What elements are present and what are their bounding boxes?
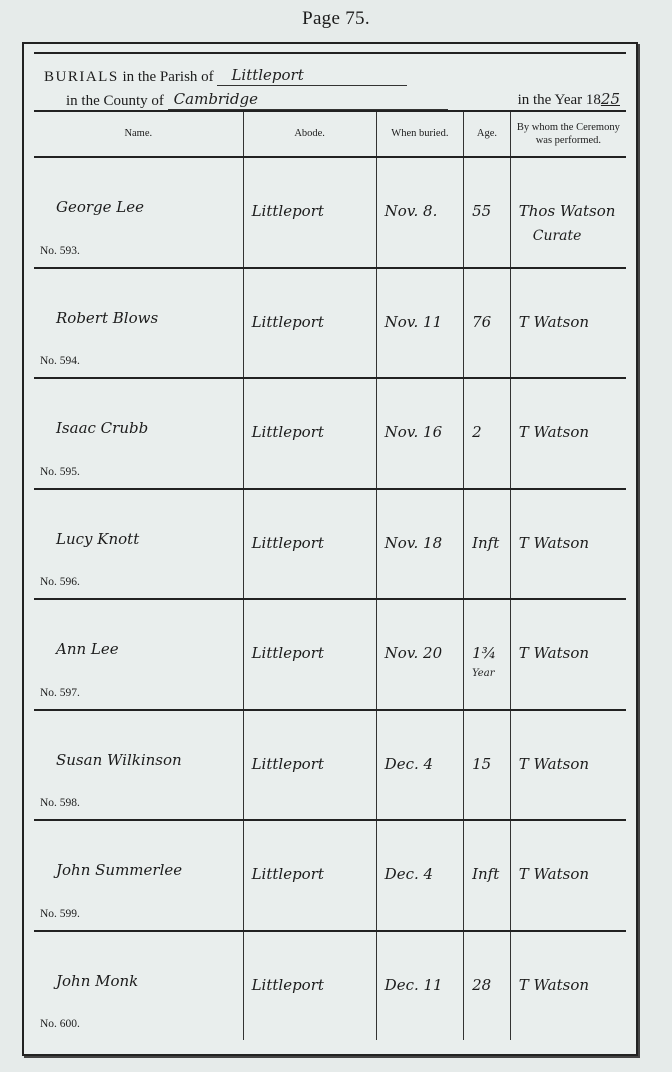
name-cell: John Summerlee No. 599. bbox=[34, 821, 244, 930]
age-cell: 15 bbox=[464, 711, 511, 820]
entry-buried: Nov. 20 bbox=[385, 644, 442, 662]
entry-officiant: T Watson bbox=[519, 534, 589, 552]
entry-age: Inft bbox=[472, 534, 499, 552]
entry-age-note: Year bbox=[472, 668, 494, 679]
col-age: Age. bbox=[464, 112, 511, 156]
buried-cell: Dec. 11 bbox=[377, 932, 464, 1041]
buried-cell: Dec. 4 bbox=[377, 821, 464, 930]
age-cell: 1¾ Year bbox=[464, 600, 511, 709]
buried-cell: Nov. 11 bbox=[377, 269, 464, 378]
county-line: in the County of Cambridge in the Year 1… bbox=[66, 90, 626, 110]
year-value: 25 bbox=[601, 90, 620, 108]
buried-cell: Nov. 18 bbox=[377, 490, 464, 599]
age-cell: 76 bbox=[464, 269, 511, 378]
entry-name: Robert Blows bbox=[56, 309, 158, 327]
table-header: Name. Abode. When buried. Age. By whom t… bbox=[34, 112, 626, 158]
parish-label: in the Parish of bbox=[122, 69, 213, 85]
table-row: Ann Lee No. 597. Littleport Nov. 20 1¾ Y… bbox=[34, 600, 626, 711]
col-officiant: By whom the Ceremony was performed. bbox=[511, 112, 626, 156]
name-cell: Lucy Knott No. 596. bbox=[34, 490, 244, 599]
table-row: Isaac Crubb No. 595. Littleport Nov. 16 … bbox=[34, 379, 626, 490]
officiant-cell: T Watson bbox=[511, 379, 626, 488]
age-cell: 55 bbox=[464, 158, 511, 267]
abode-cell: Littleport bbox=[244, 490, 377, 599]
col-abode: Abode. bbox=[244, 112, 377, 156]
name-cell: Robert Blows No. 594. bbox=[34, 269, 244, 378]
entry-age: 55 bbox=[472, 202, 491, 220]
register-heading: BURIALS in the Parish of Littleport in t… bbox=[34, 52, 626, 110]
parish-line: BURIALS in the Parish of Littleport bbox=[44, 66, 407, 86]
burial-table: Name. Abode. When buried. Age. By whom t… bbox=[34, 110, 626, 1040]
entry-age: 15 bbox=[472, 755, 491, 773]
entry-number: No. 597. bbox=[40, 687, 80, 699]
entry-number: No. 594. bbox=[40, 355, 80, 367]
buried-cell: Nov. 8. bbox=[377, 158, 464, 267]
entry-buried: Dec. 4 bbox=[385, 865, 433, 883]
entry-buried: Dec. 11 bbox=[385, 976, 443, 994]
table-row: Robert Blows No. 594. Littleport Nov. 11… bbox=[34, 269, 626, 380]
entry-name: George Lee bbox=[56, 198, 144, 216]
entry-officiant: T Watson bbox=[519, 976, 589, 994]
entry-number: No. 595. bbox=[40, 466, 80, 478]
officiant-cell: T Watson bbox=[511, 711, 626, 820]
table-row: John Summerlee No. 599. Littleport Dec. … bbox=[34, 821, 626, 932]
name-cell: Ann Lee No. 597. bbox=[34, 600, 244, 709]
entry-officiant: Thos Watson bbox=[519, 202, 616, 220]
entry-officiant: T Watson bbox=[519, 644, 589, 662]
entry-officiant-note: Curate bbox=[533, 228, 582, 244]
entry-age: 28 bbox=[472, 976, 491, 994]
abode-cell: Littleport bbox=[244, 269, 377, 378]
entry-name: Susan Wilkinson bbox=[56, 751, 182, 769]
entry-number: No. 596. bbox=[40, 576, 80, 588]
name-cell: George Lee No. 593. bbox=[34, 158, 244, 267]
entry-officiant: T Watson bbox=[519, 423, 589, 441]
entry-name: Lucy Knott bbox=[56, 530, 139, 548]
buried-cell: Nov. 16 bbox=[377, 379, 464, 488]
entry-number: No. 599. bbox=[40, 908, 80, 920]
abode-cell: Littleport bbox=[244, 379, 377, 488]
entry-name: John Summerlee bbox=[56, 861, 182, 879]
entry-age: Inft bbox=[472, 865, 499, 883]
entry-abode: Littleport bbox=[252, 865, 324, 883]
col-when-buried: When buried. bbox=[377, 112, 464, 156]
parish-value: Littleport bbox=[217, 66, 303, 84]
officiant-cell: T Watson bbox=[511, 932, 626, 1041]
entry-officiant: T Watson bbox=[519, 755, 589, 773]
entry-number: No. 598. bbox=[40, 797, 80, 809]
table-row: John Monk No. 600. Littleport Dec. 11 28… bbox=[34, 932, 626, 1041]
officiant-cell: T Watson bbox=[511, 269, 626, 378]
entry-abode: Littleport bbox=[252, 534, 324, 552]
buried-cell: Nov. 20 bbox=[377, 600, 464, 709]
entry-officiant: T Watson bbox=[519, 313, 589, 331]
burial-register: BURIALS in the Parish of Littleport in t… bbox=[22, 42, 638, 1056]
county-value: Cambridge bbox=[168, 90, 258, 108]
entry-buried: Dec. 4 bbox=[385, 755, 433, 773]
entry-age: 1¾ bbox=[472, 644, 496, 662]
county-label: in the County of bbox=[66, 93, 164, 109]
name-cell: Susan Wilkinson No. 598. bbox=[34, 711, 244, 820]
entry-buried: Nov. 16 bbox=[385, 423, 442, 441]
entry-abode: Littleport bbox=[252, 644, 324, 662]
entry-name: Isaac Crubb bbox=[56, 419, 148, 437]
entry-abode: Littleport bbox=[252, 976, 324, 994]
name-cell: Isaac Crubb No. 595. bbox=[34, 379, 244, 488]
entry-number: No. 593. bbox=[40, 245, 80, 257]
officiant-cell: T Watson bbox=[511, 490, 626, 599]
entry-abode: Littleport bbox=[252, 755, 324, 773]
name-cell: John Monk No. 600. bbox=[34, 932, 244, 1041]
entry-name: John Monk bbox=[56, 972, 138, 990]
page-title: Page 75. bbox=[0, 8, 672, 30]
abode-cell: Littleport bbox=[244, 821, 377, 930]
burials-label: BURIALS bbox=[44, 69, 119, 85]
abode-cell: Littleport bbox=[244, 932, 377, 1041]
age-cell: 28 bbox=[464, 932, 511, 1041]
entry-buried: Nov. 11 bbox=[385, 313, 442, 331]
entry-name: Ann Lee bbox=[56, 640, 119, 658]
col-name: Name. bbox=[34, 112, 244, 156]
officiant-cell: T Watson bbox=[511, 821, 626, 930]
table-row: Susan Wilkinson No. 598. Littleport Dec.… bbox=[34, 711, 626, 822]
age-cell: Inft bbox=[464, 490, 511, 599]
abode-cell: Littleport bbox=[244, 711, 377, 820]
entry-number: No. 600. bbox=[40, 1018, 80, 1030]
age-cell: Inft bbox=[464, 821, 511, 930]
entry-age: 76 bbox=[472, 313, 491, 331]
abode-cell: Littleport bbox=[244, 600, 377, 709]
entry-officiant: T Watson bbox=[519, 865, 589, 883]
abode-cell: Littleport bbox=[244, 158, 377, 267]
table-row: Lucy Knott No. 596. Littleport Nov. 18 I… bbox=[34, 490, 626, 601]
table-row: George Lee No. 593. Littleport Nov. 8. 5… bbox=[34, 158, 626, 269]
table-body: George Lee No. 593. Littleport Nov. 8. 5… bbox=[34, 158, 626, 1040]
entry-abode: Littleport bbox=[252, 423, 324, 441]
entry-abode: Littleport bbox=[252, 313, 324, 331]
entry-buried: Nov. 8. bbox=[385, 202, 438, 220]
year-label: in the Year 18 bbox=[518, 92, 601, 108]
officiant-cell: T Watson bbox=[511, 600, 626, 709]
officiant-cell: Thos Watson Curate bbox=[511, 158, 626, 267]
age-cell: 2 bbox=[464, 379, 511, 488]
entry-age: 2 bbox=[472, 423, 482, 441]
entry-abode: Littleport bbox=[252, 202, 324, 220]
buried-cell: Dec. 4 bbox=[377, 711, 464, 820]
entry-buried: Nov. 18 bbox=[385, 534, 442, 552]
